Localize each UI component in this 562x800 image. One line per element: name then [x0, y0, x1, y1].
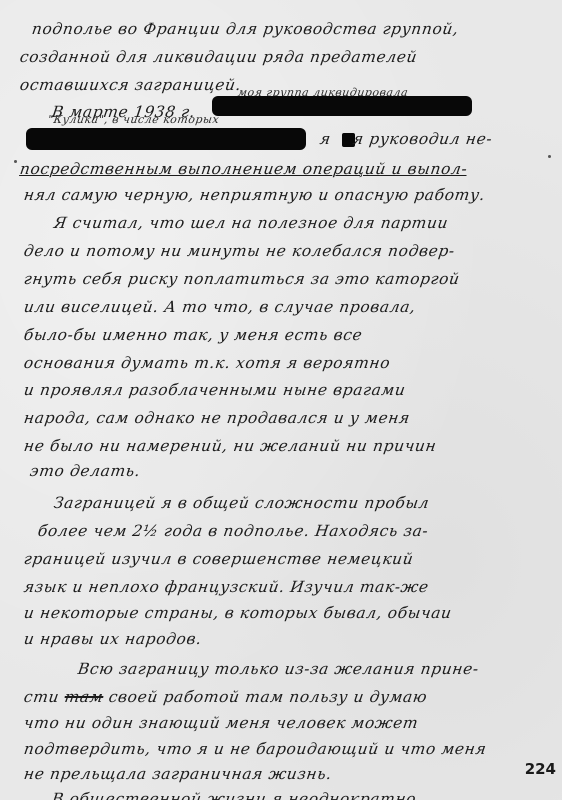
page-number: 224 — [525, 760, 556, 778]
text-line: или виселицей. А то что, в случае провал… — [23, 298, 417, 316]
text-line: В общественной жизни я неоднократно — [51, 790, 418, 800]
text-line: подтвердить, что я и не бароидающий и чт… — [23, 740, 488, 758]
text-line: не прельщала заграничная жизнь. — [23, 765, 333, 783]
text-line: подполье во Франции для руководства груп… — [31, 20, 460, 38]
struck-word: там — [63, 688, 104, 706]
manuscript-page: подполье во Франции для руководства груп… — [0, 0, 562, 800]
text-line-underlined: посредственным выполнением операций и вы… — [19, 160, 469, 178]
text-line: Заграницей я в общей сложности пробыл — [53, 494, 431, 512]
text-line: что ни один знающий меня человек может — [23, 714, 420, 732]
text-fragment: я руководил не- — [352, 130, 494, 148]
text-line: оставшихся заграницей. — [19, 76, 243, 94]
text-line: это делать. — [29, 462, 142, 480]
text-line: более чем 2½ года в подполье. Находясь з… — [37, 522, 430, 540]
text-line: основания думать т.к. хотя я вероятно — [23, 354, 392, 372]
text-line: Я считал, что шел на полезное для партии — [53, 214, 450, 232]
text-line: границей изучил в совершенстве немецкий — [23, 550, 415, 568]
text-line: гнуть себя риску поплатиться за это като… — [23, 270, 461, 288]
text-line: было-бы именно так, у меня есть все — [23, 326, 364, 344]
text-line: Всю заграницу только из-за желания прине… — [77, 660, 480, 678]
text-line: и некоторые страны, в которых бывал, обы… — [23, 604, 453, 622]
text-line: сти там своей работой там пользу и думаю — [23, 688, 429, 706]
text-line: народа, сам однако не продавался и у мен… — [23, 409, 412, 427]
ink-speck — [548, 155, 551, 158]
text-line: я я руководил не- — [319, 130, 494, 148]
text-line: созданной для ликвидации ряда предателей — [19, 48, 419, 66]
text-line: и проявлял разоблаченными ныне врагами — [23, 381, 407, 399]
text-line: и нравы их народов. — [23, 630, 203, 648]
text-line: дело и потому ни минуты не колебался под… — [23, 242, 456, 260]
pronoun-text: я — [319, 130, 332, 148]
text-line: не было ни намерений, ни желаний ни прич… — [23, 437, 438, 455]
marginal-insertion: "Кулика", в числе которых — [47, 113, 220, 126]
redaction-bar — [212, 96, 472, 116]
redaction-bar — [26, 128, 306, 150]
text-fragment: своей работой там пользу и думаю — [108, 688, 429, 706]
text-line: язык и неплохо французский. Изучил так-ж… — [23, 578, 430, 596]
ink-speck — [14, 160, 17, 163]
text-line: нял самую черную, неприятную и опасную р… — [23, 186, 487, 204]
text-fragment: сти — [23, 688, 61, 706]
